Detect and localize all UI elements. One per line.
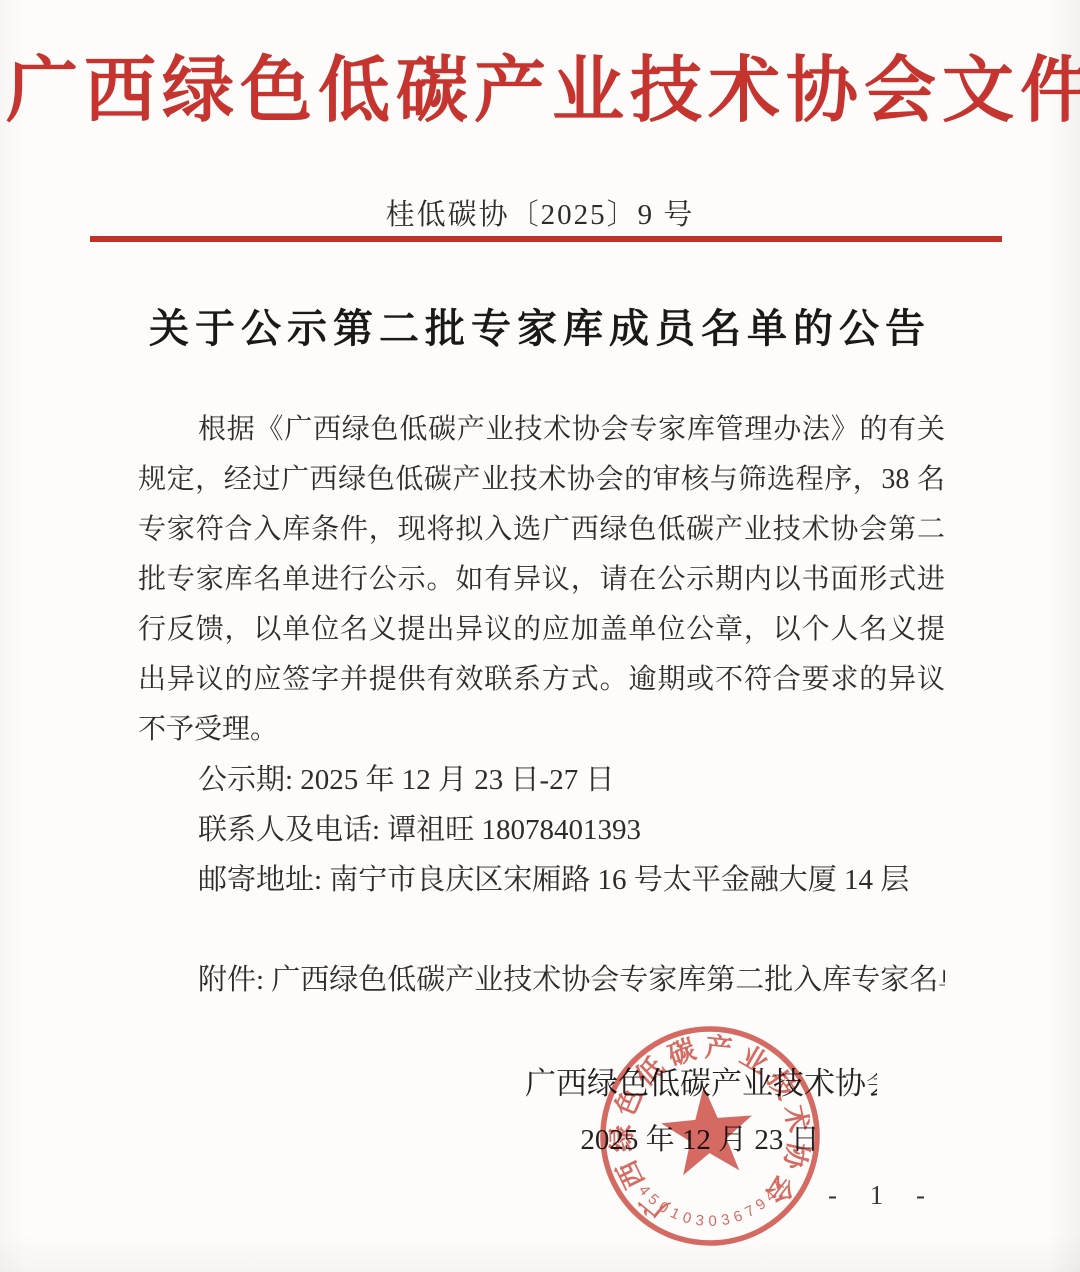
body-line: 专家符合入库条件，现将拟入选广西绿色低碳产业技术协会第二 [138, 505, 945, 555]
red-letterhead-title: 广西绿色低碳产业技术协会文件 [0, 32, 1080, 136]
seal-serial-holder: 4501030367944 [634, 1170, 791, 1237]
document-page: 广西绿色低碳产业技术协会文件 桂低碳协〔2025〕9 号 关于公示第二批专家库成… [0, 0, 1080, 1272]
publicity-period-line: 公示期: 2025 年 12 月 23 日-27 日 [138, 755, 945, 805]
contact-phone-line: 联系人及电话: 谭祖旺 18078401393 [138, 805, 945, 855]
body-line: 不予受理。 [138, 705, 945, 755]
body-line: 批专家库名单进行公示。如有异议，请在公示期内以书面形式进 [138, 555, 945, 605]
announcement-title: 关于公示第二批专家库成员名单的公告 [0, 297, 1080, 354]
red-divider-rule [90, 236, 1002, 242]
body-line: 根据《广西绿色低碳产业技术协会专家库管理办法》的有关 [138, 405, 945, 455]
page-number: - 1 - [828, 1180, 938, 1211]
body-line: 出异议的应签字并提供有效联系方式。逾期或不符合要求的异议 [138, 655, 945, 705]
issue-date: 2025 年 12 月 23 日 [575, 1122, 825, 1158]
issuer-signature: 广西绿色低碳产业技术协会 [525, 1064, 877, 1104]
seal-serial-number: 4501030367944 [634, 1170, 791, 1237]
document-number: 桂低碳协〔2025〕9 号 [0, 192, 1080, 233]
attachment-line: 附件: 广西绿色低碳产业技术协会专家库第二批入库专家名单 [138, 955, 945, 1005]
body-line: 行反馈，以单位名义提出异议的应加盖单位公章，以个人名义提 [138, 605, 945, 655]
mailing-address-line: 邮寄地址: 南宁市良庆区宋厢路 16 号太平金融大厦 14 层 [138, 855, 945, 905]
body-text-block: 根据《广西绿色低碳产业技术协会专家库管理办法》的有关 规定，经过广西绿色低碳产业… [138, 405, 945, 1005]
body-line: 规定，经过广西绿色低碳产业技术协会的审核与筛选程序，38 名 [138, 455, 945, 505]
